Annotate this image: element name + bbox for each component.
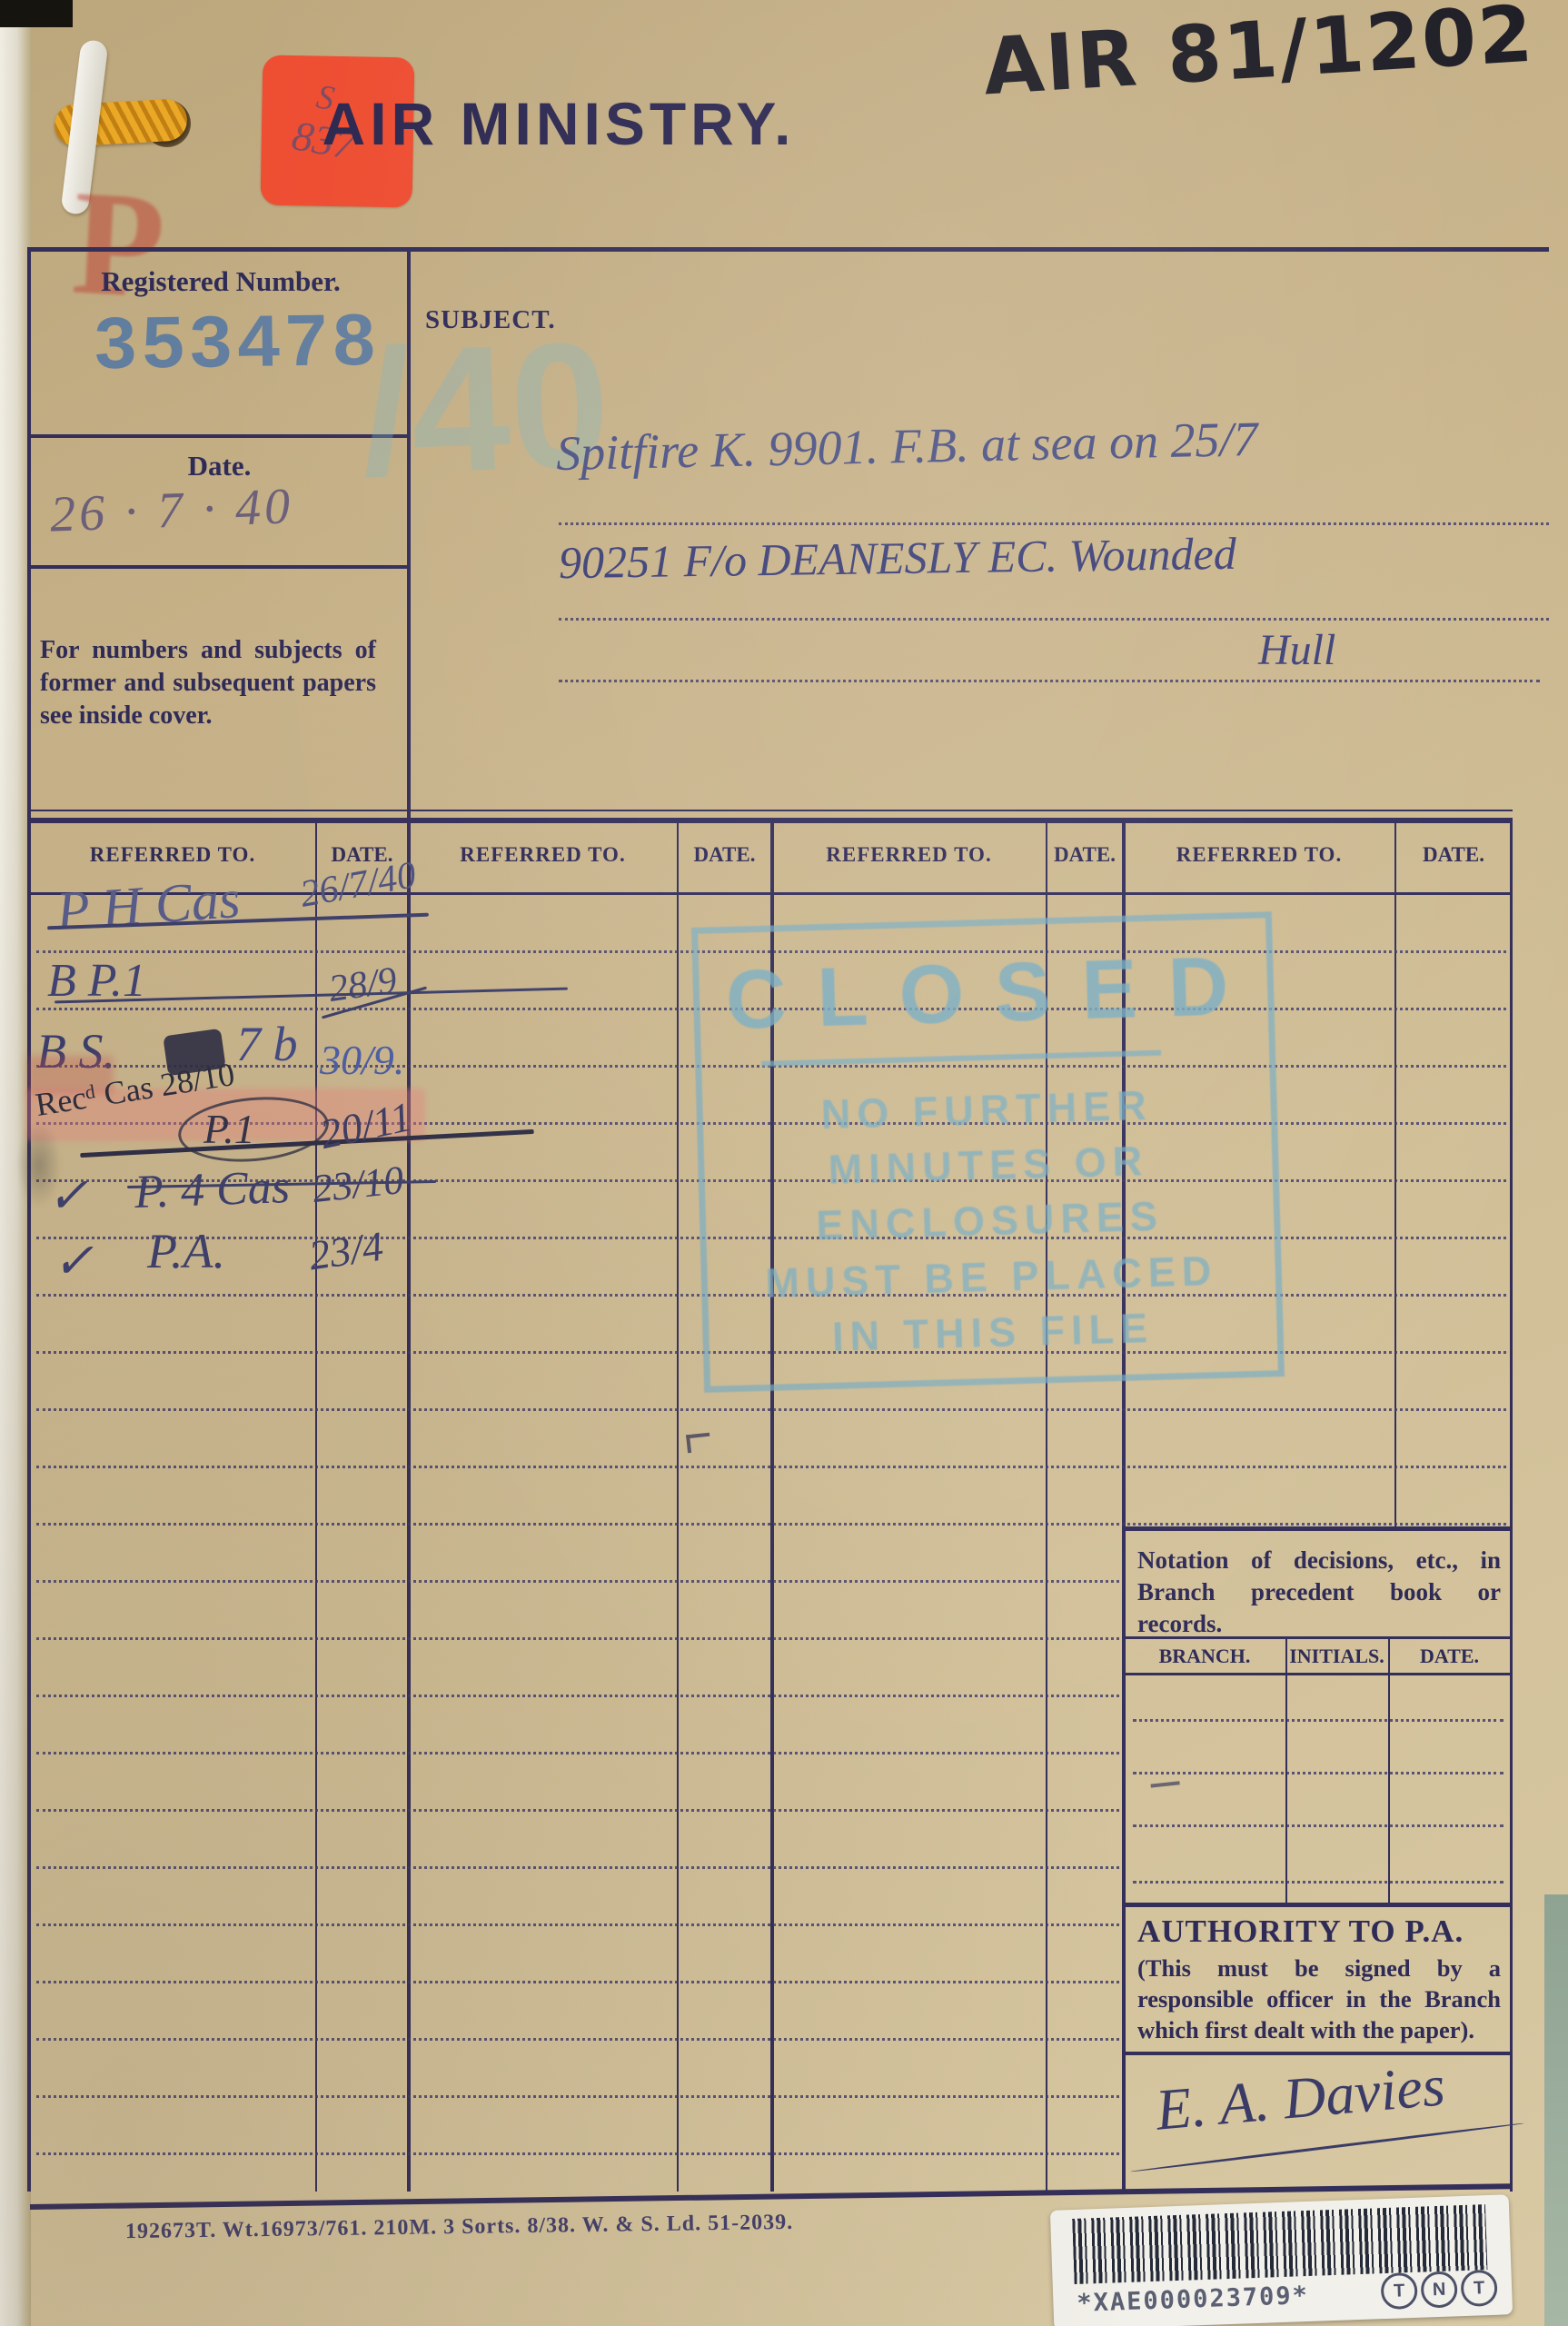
notation-header-date: DATE. <box>1388 1645 1511 1668</box>
ruled-dotted-line <box>36 1981 1119 1983</box>
authority-rule <box>1124 2052 1511 2055</box>
entry-6-referred: P.A. <box>147 1223 225 1279</box>
col-header-referred-2: REFERRED TO. <box>409 843 677 867</box>
ruled-dotted-line <box>36 2152 1119 2155</box>
table-border <box>30 810 1513 811</box>
backing-page-edge <box>1544 1894 1568 2326</box>
printer-code: 192673T. Wt.16973/761. 210M. 3 Sorts. 8/… <box>125 2211 793 2244</box>
registered-number-stamp: 353478 <box>94 298 381 385</box>
column-line <box>677 818 679 2192</box>
authority-body: (This must be signed by a responsible of… <box>1137 1953 1501 2046</box>
rule <box>30 565 409 569</box>
entry-1-referred: P H Cas <box>55 868 243 943</box>
ruled-dotted-line <box>36 1637 1119 1640</box>
subject-underline <box>559 522 1549 525</box>
barcode-label: *XAE000023709* T N T <box>1050 2194 1513 2326</box>
date-handwritten: 26 · 7 · 40 <box>49 477 294 543</box>
ruled-dotted-line <box>36 1408 1506 1411</box>
ruled-dotted-line <box>36 1695 1119 1697</box>
subject-line-2: 90251 F/o DEANESLY EC. Wounded <box>559 527 1237 589</box>
authority-signature: E. A. Davies <box>1153 2052 1447 2143</box>
notation-column-line <box>1388 1638 1390 1905</box>
ruled-dotted-line <box>36 1923 1119 1926</box>
ruled-dotted-line <box>1133 1881 1503 1884</box>
entry-6-date: 23/4 <box>306 1222 386 1280</box>
closed-stamp-word: CLOSED <box>699 938 1269 1049</box>
ruled-dotted-line <box>1133 1824 1503 1827</box>
col-header-referred-4: REFERRED TO. <box>1124 843 1394 867</box>
column-line <box>1394 818 1396 1529</box>
entry-5-check: ✓ <box>47 1167 88 1224</box>
col-header-date-2: DATE. <box>677 843 772 867</box>
entry-2-date: 28/9 <box>326 959 400 1011</box>
stray-pen-mark <box>686 1433 711 1454</box>
notation-column-line <box>1285 1638 1287 1905</box>
carrier-letter: T <box>1380 2272 1417 2310</box>
top-rule <box>30 247 1549 252</box>
ruled-dotted-line <box>36 1866 1119 1869</box>
col-header-date-4: DATE. <box>1394 843 1513 867</box>
photo-corner-shadow <box>0 0 73 27</box>
notation-text: Notation of decisions, etc., in Branch p… <box>1137 1545 1501 1640</box>
ruled-dotted-line <box>36 2095 1119 2098</box>
authority-heading: AUTHORITY TO P.A. <box>1137 1913 1464 1950</box>
ruled-dotted-line <box>36 1809 1119 1812</box>
carrier-letter: T <box>1460 2270 1497 2307</box>
carrier-logo: T N T <box>1380 2270 1497 2310</box>
registered-number-label: Registered Number. <box>30 265 412 298</box>
notation-rule <box>1124 1636 1511 1639</box>
entry-3-referred-cont: 7 b <box>236 1016 298 1072</box>
ruled-dotted-line <box>36 2038 1119 2041</box>
stray-pen-mark <box>1149 1770 1179 1787</box>
closed-stamp-underline <box>761 1050 1161 1067</box>
barcode-text: *XAE000023709* <box>1077 2281 1310 2318</box>
subject-line-1: Spitfire K. 9901. F.B. at sea on 25/7 <box>555 411 1258 482</box>
carrier-letter: N <box>1420 2271 1457 2308</box>
ruled-dotted-line <box>36 1523 1506 1526</box>
ruled-dotted-line <box>36 1580 1119 1583</box>
notation-rule <box>1124 1673 1511 1675</box>
subject-underline <box>559 618 1549 621</box>
page-title: AIR MINISTRY. <box>268 89 849 158</box>
rule <box>30 434 409 438</box>
col-header-date-3: DATE. <box>1046 843 1124 867</box>
ruled-dotted-line <box>36 1466 1506 1468</box>
column-line <box>315 818 317 2192</box>
notation-header-branch: BRANCH. <box>1124 1645 1285 1668</box>
col-header-referred-1: REFERRED TO. <box>30 843 315 867</box>
column-line-heavy <box>407 818 411 2192</box>
cover-note: For numbers and subjects of former and s… <box>40 634 376 731</box>
archive-reference: AIR 81/1202 <box>981 0 1537 113</box>
closed-stamp: CLOSED NO FURTHER MINUTES OR ENCLOSURES … <box>691 911 1285 1393</box>
entry-3-date: 30/9. <box>320 1036 404 1084</box>
page-left-border <box>27 247 31 2192</box>
ruled-dotted-line <box>1133 1772 1503 1774</box>
date-label: Date. <box>30 450 409 482</box>
notation-header-initials: INITIALS. <box>1285 1645 1388 1668</box>
entry-5-referred: P. 4 Cas <box>134 1160 291 1219</box>
subject-line-3: Hull <box>1258 625 1335 675</box>
col-header-referred-3: REFERRED TO. <box>772 843 1046 867</box>
ruled-dotted-line <box>1133 1719 1503 1722</box>
table-right-border <box>1510 818 1513 2192</box>
entry-6-check: ✓ <box>53 1232 94 1289</box>
notation-border <box>1124 1903 1511 1907</box>
ruled-dotted-line <box>36 1752 1119 1754</box>
subject-underline <box>559 680 1540 682</box>
notation-border <box>1124 1526 1511 1531</box>
closed-stamp-message: NO FURTHER MINUTES OR ENCLOSURES MUST BE… <box>702 1074 1277 1367</box>
document-scan: S 837 P AIR MINISTRY. AIR 81/1202 Regist… <box>0 0 1568 2326</box>
p-stamp: P <box>69 166 168 321</box>
